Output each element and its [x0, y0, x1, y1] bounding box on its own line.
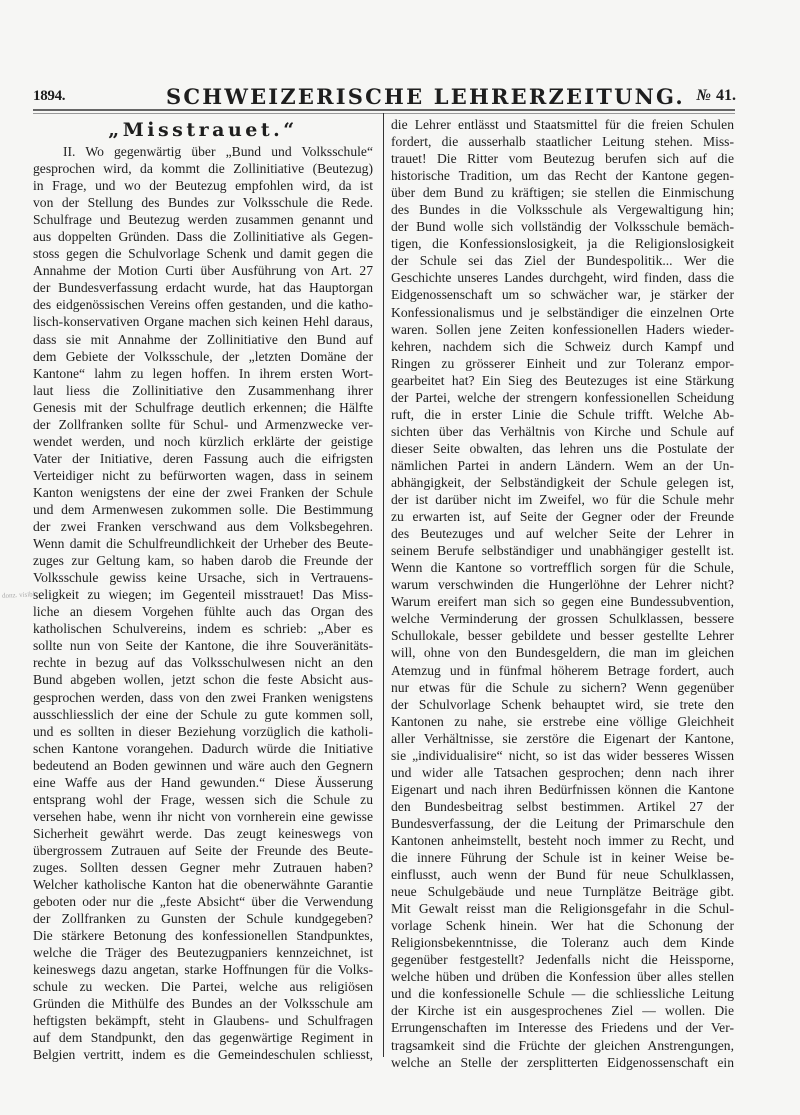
text-line: eine Waffe aus der Hand gewunden.“ Diese…: [33, 774, 373, 791]
text-line: auf dem Standpunkt, den das gegenwärtige…: [33, 1029, 373, 1046]
text-line: dem Gebiete der Volksschule, der „letzte…: [33, 348, 373, 365]
text-line: heftigsten bekämpft, steht in Glaubens- …: [33, 1012, 373, 1029]
text-line: von der Stellung des Bundes zur Volkssch…: [33, 194, 373, 211]
text-line: seligkeit zu wiegen; im Gegenteil misstr…: [33, 586, 373, 603]
text-line: Geschichte unseres Landes durchgeht, wir…: [391, 269, 734, 286]
text-line: Bundesverfassung, der die Leitung der Pr…: [391, 815, 734, 832]
text-line: Schulfrage und Beutezug werden zusammen …: [33, 211, 373, 228]
text-line: welche Verminderung der grossen Schulkla…: [391, 610, 734, 627]
text-line: und wider alle Tatsachen gesprochen; den…: [391, 764, 734, 781]
text-line: aller Verhältnisse, sie zerstöre die Eig…: [391, 730, 734, 747]
text-line: einflusst, auch wenn der Bund für neue S…: [391, 866, 734, 883]
text-line: waren. Sollen jene Zeiten konfessionelle…: [391, 321, 734, 338]
text-line: geboten oder nur die „feste Absicht“ übe…: [33, 893, 373, 910]
text-line: des eidgenössischen Vereins offen gestan…: [33, 296, 373, 313]
text-line: Wenn die Kantone so vortrefflich sorgen …: [391, 559, 734, 576]
text-line: der Partei, welche der strengern konfess…: [391, 389, 734, 406]
text-line: Errungenschaften im Interesse des Friede…: [391, 1019, 734, 1036]
header-year: 1894.: [33, 88, 65, 105]
right-column: die Lehrer entlässt und Staatsmittel für…: [391, 116, 734, 1071]
text-line: historische Tradition, um das Recht der …: [391, 167, 734, 184]
text-line: versehen habe, wenn ihr nicht von vornhe…: [33, 808, 373, 825]
text-line: Eigenart und nach ihren Bedürfnissen kön…: [391, 781, 734, 798]
text-line: welche an Stelle der zersplitterten Eidg…: [391, 1054, 734, 1071]
header-rule-thin: [33, 113, 735, 114]
text-line: seinem Berufe selbständiger und unabhäng…: [391, 542, 734, 559]
text-line: dieser Seite obwalten, das lehren uns di…: [391, 440, 734, 457]
text-line: abhängigkeit, der Selbständigkeit der Sc…: [391, 474, 734, 491]
text-line: gegenüber festgestellt? Jedenfalls nicht…: [391, 951, 734, 968]
text-line: Gründen die Mithülfe des Bundes an der V…: [33, 995, 373, 1012]
text-line: nur etwas für die Schule zu sichern? Wen…: [391, 679, 734, 696]
text-line: und dem Armenwesen zukommen solle. Die B…: [33, 501, 373, 518]
text-line: Kantonen anheimstellt, besteht noch imme…: [391, 832, 734, 849]
text-line: warum verschwinden die Hungerlöhne der L…: [391, 576, 734, 593]
text-line: schule zu wecken. Die Partei, welche aus…: [33, 978, 373, 995]
text-line: stoss gegen die Schulvorlage Schenk und …: [33, 245, 373, 262]
text-line: und die konfessionelle Schule — die schl…: [391, 985, 734, 1002]
text-line: sichten über das Verhältnis von Kirche u…: [391, 423, 734, 440]
text-line: in Frage, und wo der Beutezug empfohlen …: [33, 177, 373, 194]
text-line: Vater der Initiative, deren Fassung auch…: [33, 450, 373, 467]
text-line: lisch-konservativen Organe machen sich k…: [33, 313, 373, 330]
text-line: der Zollfranken zu Gunsten der Schule ku…: [33, 910, 373, 927]
text-line: Verteidiger nicht zu befürworten wagen, …: [33, 467, 373, 484]
text-line: katholischen Schulvereins, indem es schr…: [33, 620, 373, 637]
text-line: laut liess die Zollinitiative den Zusamm…: [33, 382, 373, 399]
text-line: der zwei Franken verschwand aus dem Volk…: [33, 518, 373, 535]
text-line: fordert, die ausserhalb staatlicher Leit…: [391, 133, 734, 150]
text-line: zuges. Sollten dessen Gegner mehr Zutrau…: [33, 859, 373, 876]
text-line: Kantone“ lahm zu legen hoffen. In ihrem …: [33, 365, 373, 382]
text-line: gesprochen wird, da kommt die Zollinitia…: [33, 160, 373, 177]
page-header: 1894. SCHWEIZERISCHE LEHRERZEITUNG. №41.: [33, 83, 733, 111]
text-line: die Lehrer entlässt und Staatsmittel für…: [391, 116, 734, 133]
text-line: und es sollten in dieser Beziehung vorzü…: [33, 723, 373, 740]
text-line: zuges zur Geltung kam, so haben darob di…: [33, 552, 373, 569]
text-line: Sicherheit gewährt werde. Das zeugt kein…: [33, 825, 373, 842]
issue-number: №41.: [696, 87, 736, 105]
text-line: Warum ereifert man sich so gegen eine Bu…: [391, 593, 734, 610]
text-line: Genesis mit der Schulfrage deutlich erke…: [33, 399, 373, 416]
text-line: der ist darüber nicht im Zweifel, wo für…: [391, 491, 734, 508]
text-line: bedeutend an Boden gewinnen und wäre auc…: [33, 757, 373, 774]
text-line: Kanton wenigstens der eine der zwei Fran…: [33, 484, 373, 501]
text-line: Wenn damit die Schulfreundlichkeit der U…: [33, 535, 373, 552]
text-line: des Beutezuges und auf welcher Seite der…: [391, 525, 734, 542]
text-line: ruft, die in erster Linie die Schule tri…: [391, 406, 734, 423]
masthead-title: SCHWEIZERISCHE LEHRERZEITUNG.: [166, 84, 685, 109]
text-line: Volksschule gewiss keine Ursache, sich i…: [33, 569, 373, 586]
column-divider: [383, 113, 384, 1057]
issue-number-value: 41.: [716, 87, 736, 104]
number-sign: №: [696, 87, 711, 104]
text-line: Belgien vertritt, indem es die Gemeindes…: [33, 1046, 373, 1063]
text-line: gearbeitet hat? Ein Sieg des Beutezuges …: [391, 372, 734, 389]
text-line: Mit Gewalt reisst man die Religionsgefah…: [391, 900, 734, 917]
text-line: wendet werden, und noch kürzlich erklärt…: [33, 433, 373, 450]
text-line: aus doppelten Gründen. Dass die Zollinit…: [33, 228, 373, 245]
text-line: Die stärkere Betonung des konfessionelle…: [33, 927, 373, 944]
margin-stamp: donz. visibl.: [2, 590, 37, 600]
text-line: tigen, die Konfessionslosigkeit, ja die …: [391, 235, 734, 252]
text-line: kehren, nachdem sich die Schweiz durch K…: [391, 338, 734, 355]
text-line: will, ohne von den Bundesgeldern, die ma…: [391, 644, 734, 661]
text-line: II. Wo gegenwärtig über „Bund und Volkss…: [33, 143, 373, 160]
text-line: gesprochen werden, dass von den zwei Fra…: [33, 689, 373, 706]
text-line: Ringen zu grösserer Einheit und zur Tole…: [391, 355, 734, 372]
text-line: Bund abgeben wollen, jetzt schon die fes…: [33, 671, 373, 688]
text-line: über dem Bund zu kräftigen; sie stellen …: [391, 184, 734, 201]
text-line: der Schule sei das Ziel der Bundespoliti…: [391, 252, 734, 269]
text-line: der Bund wolle sich vollständig der Volk…: [391, 218, 734, 235]
text-line: sie „individualisire“ nicht, so ist das …: [391, 747, 734, 764]
text-line: liche an diesem Vorgehen fühlte auch das…: [33, 603, 373, 620]
text-line: Religionsbekenntnisse, die Toleranz auch…: [391, 934, 734, 951]
text-line: rechte in bezug auf das Volksschulwesen …: [33, 654, 373, 671]
text-line: schen Kantone vorangehen. Dadurch würde …: [33, 740, 373, 757]
text-line: entsprang wohl der Frage, wessen sich di…: [33, 791, 373, 808]
text-line: Konfessionalismus und je selbständiger d…: [391, 304, 734, 321]
text-line: dass sie mit Annahme der Zollinitiative …: [33, 331, 373, 348]
text-line: den Bundesbeitrag selbst bestimmen. Arti…: [391, 798, 734, 815]
text-line: trauet! Die Ritter vom Beutezug berufen …: [391, 150, 734, 167]
text-line: neue Schulgebäude und neue Turnplätze Be…: [391, 883, 734, 900]
text-line: keineswegs dazu angetan, starke Hoffnung…: [33, 961, 373, 978]
text-line: tragsamkeit sind die Früchte der gleiche…: [391, 1037, 734, 1054]
text-line: vorlage Schenk hinein. Wer hat die Schon…: [391, 917, 734, 934]
text-line: ausschliesslich der eine der Schule zu g…: [33, 706, 373, 723]
text-line: Atemzug und in fünfmal höherem Betrage f…: [391, 662, 734, 679]
newspaper-page: 1894. SCHWEIZERISCHE LEHRERZEITUNG. №41.…: [0, 0, 800, 1115]
text-line: Annahme der Motion Curti über Ausführung…: [33, 262, 373, 279]
text-line: der Zollfranken sollte für Schul- und Ar…: [33, 416, 373, 433]
article-title: „Misstrauet.“: [33, 118, 373, 143]
text-line: des Bundes in die Volksschule als Vergew…: [391, 201, 734, 218]
text-line: zu erwarten ist, auf Seite der Gegner od…: [391, 508, 734, 525]
text-line: Schullokale, besser gebildete und besser…: [391, 627, 734, 644]
text-line: übergrossem Zutrauen auf Seite der Freun…: [33, 842, 373, 859]
text-line: nämlichen Partei in andern Ländern. Wem …: [391, 457, 734, 474]
text-line: der Schulvorlage Schenk behauptet wird, …: [391, 696, 734, 713]
text-line: der Kirche ist ein ausgesprochenes Ziel …: [391, 1002, 734, 1019]
header-rule: [33, 109, 735, 111]
text-line: Kantonen zu nahe, sie erstrebe eine völl…: [391, 713, 734, 730]
text-line: welche die Träger des Beutezugpaniers ke…: [33, 944, 373, 961]
text-line: die innere Führung der Schule ist in kei…: [391, 849, 734, 866]
text-line: sollte nun von Seite der Kantone, die ih…: [33, 637, 373, 654]
left-column: „Misstrauet.“ II. Wo gegenwärtig über „B…: [33, 116, 373, 1064]
text-line: welche hüben und drüben die Konfession ü…: [391, 968, 734, 985]
text-line: der Bundesverfassung erdacht wurde, hat …: [33, 279, 373, 296]
text-line: Welcher katholische Kanton hat die obene…: [33, 876, 373, 893]
text-line: Eidgenossenschaft um so schwächer war, j…: [391, 286, 734, 303]
